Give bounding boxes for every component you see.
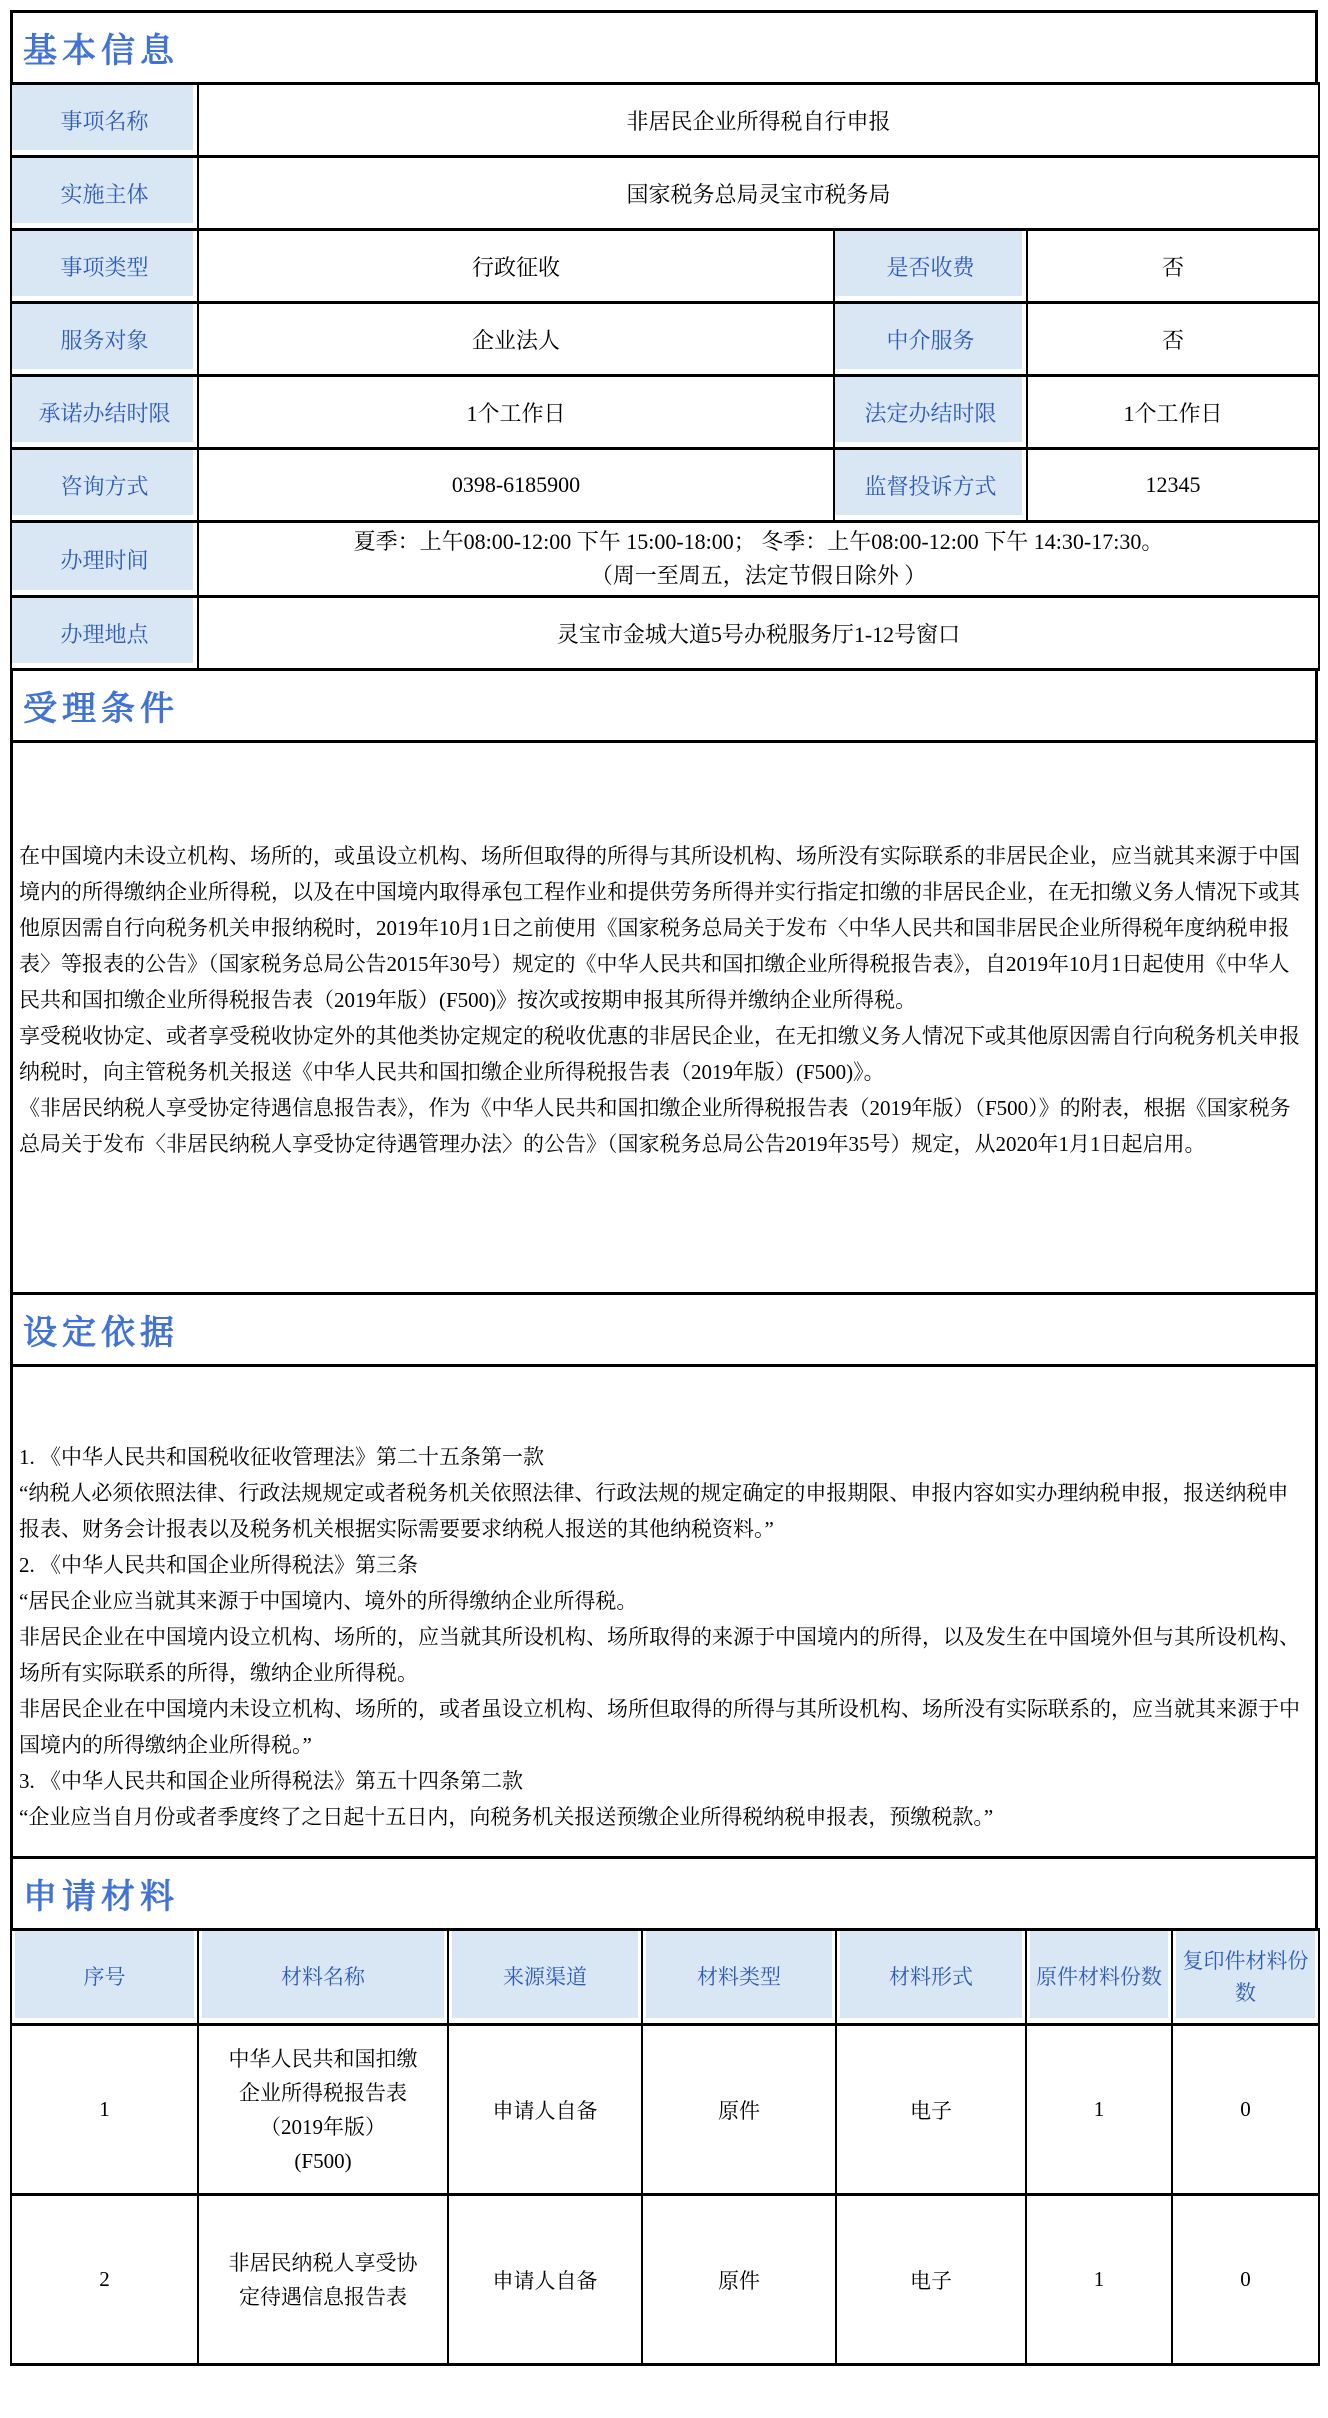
table-row: 实施主体 国家税务总局灵宝市税务局: [11, 157, 1319, 230]
application-materials-table: 序号 材料名称 来源渠道 材料类型 材料形式 原件材料份数 复印件材料份数 1 …: [10, 1928, 1320, 2366]
material-row: 2 非居民纳税人享受协 定待遇信息报告表 申请人自备 原件 电子 1 0: [11, 2195, 1319, 2365]
basis-line: 2. 《中华人民共和国企业所得税法》第三条: [19, 1547, 1309, 1583]
legal-basis-content: 1. 《中华人民共和国税收征收管理法》第二十五条第一款 “纳税人必须依照法律、行…: [10, 1364, 1318, 1859]
table-row: 承诺办结时限 1个工作日 法定办结时限 1个工作日: [11, 376, 1319, 449]
material-form: 电子: [836, 2195, 1026, 2365]
material-form: 电子: [836, 2025, 1026, 2195]
basis-line: “企业应当自月份或者季度终了之日起十五日内，向税务机关报送预缴企业所得税纳税申报…: [19, 1799, 1309, 1835]
service-item-page: 基本信息 事项名称 非居民企业所得税自行申报 实施主体 国家税务总局灵宝市税务局…: [0, 0, 1328, 2374]
label-statutory-time-limit: 法定办结时限: [834, 376, 1027, 449]
materials-header-row: 序号 材料名称 来源渠道 材料类型 材料形式 原件材料份数 复印件材料份数: [11, 1930, 1319, 2025]
basis-line: 非居民企业在中国境内设立机构、场所的，应当就其所设机构、场所取得的来源于中国境内…: [19, 1619, 1309, 1691]
basis-line: 1. 《中华人民共和国税收征收管理法》第二十五条第一款: [19, 1439, 1309, 1475]
acceptance-paragraph: 在中国境内未设立机构、场所的，或虽设立机构、场所但取得的所得与其所设机构、场所没…: [19, 838, 1309, 1018]
value-service-target: 企业法人: [198, 303, 834, 376]
col-photocopy-copies: 复印件材料份数: [1172, 1930, 1319, 2025]
basis-line: 3. 《中华人民共和国企业所得税法》第五十四条第二款: [19, 1763, 1309, 1799]
material-source: 申请人自备: [448, 2195, 642, 2365]
value-intermediary-service: 否: [1027, 303, 1319, 376]
acceptance-paragraph: 享受税收协定、或者享受税收协定外的其他类协定规定的税收优惠的非居民企业，在无扣缴…: [19, 1018, 1309, 1090]
material-type: 原件: [642, 2195, 836, 2365]
value-fee-required: 否: [1027, 230, 1319, 303]
material-name: 中华人民共和国扣缴 企业所得税报告表 （2019年版） (F500): [198, 2025, 448, 2195]
material-original-count: 1: [1026, 2195, 1172, 2365]
label-item-name: 事项名称: [11, 84, 198, 157]
col-original-copies: 原件材料份数: [1026, 1930, 1172, 2025]
col-source-channel: 来源渠道: [448, 1930, 642, 2025]
material-copy-count: 0: [1172, 2025, 1319, 2195]
material-row: 1 中华人民共和国扣缴 企业所得税报告表 （2019年版） (F500) 申请人…: [11, 2025, 1319, 2195]
material-source: 申请人自备: [448, 2025, 642, 2195]
value-implementing-agency: 国家税务总局灵宝市税务局: [198, 157, 1319, 230]
value-statutory-time-limit: 1个工作日: [1027, 376, 1319, 449]
basis-line: “纳税人必须依照法律、行政法规规定或者税务机关依照法律、行政法规的规定确定的申报…: [19, 1475, 1309, 1547]
label-consultation-phone: 咨询方式: [11, 449, 198, 522]
value-promised-time-limit: 1个工作日: [198, 376, 834, 449]
label-office-location: 办理地点: [11, 597, 198, 670]
section-title-acceptance-conditions-label: 受理条件: [23, 681, 179, 730]
basis-line: “居民企业应当就其来源于中国境内、境外的所得缴纳企业所得税。: [19, 1583, 1309, 1619]
section-title-legal-basis-label: 设定依据: [23, 1305, 179, 1354]
table-row: 事项名称 非居民企业所得税自行申报: [11, 84, 1319, 157]
basic-info-table: 事项名称 非居民企业所得税自行申报 实施主体 国家税务总局灵宝市税务局 事项类型…: [10, 82, 1320, 671]
label-complaint-phone: 监督投诉方式: [834, 449, 1027, 522]
table-row: 咨询方式 0398-6185900 监督投诉方式 12345: [11, 449, 1319, 522]
basis-line: 非居民企业在中国境内未设立机构、场所的，或者虽设立机构、场所但取得的所得与其所设…: [19, 1691, 1309, 1763]
table-row: 服务对象 企业法人 中介服务 否: [11, 303, 1319, 376]
label-intermediary-service: 中介服务: [834, 303, 1027, 376]
table-row: 办理时间 夏季：上午08:00-12:00 下午 15:00-18:00； 冬季…: [11, 522, 1319, 597]
label-service-target: 服务对象: [11, 303, 198, 376]
table-row: 事项类型 行政征收 是否收费 否: [11, 230, 1319, 303]
section-title-basic-info: 基本信息: [10, 10, 1318, 85]
col-index: 序号: [11, 1930, 198, 2025]
value-item-type: 行政征收: [198, 230, 834, 303]
col-material-type: 材料类型: [642, 1930, 836, 2025]
col-material-form: 材料形式: [836, 1930, 1026, 2025]
acceptance-paragraph: 《非居民纳税人享受协定待遇信息报告表》，作为《中华人民共和国扣缴企业所得税报告表…: [19, 1090, 1309, 1162]
acceptance-conditions-content: 在中国境内未设立机构、场所的，或虽设立机构、场所但取得的所得与其所设机构、场所没…: [10, 740, 1318, 1295]
value-item-name: 非居民企业所得税自行申报: [198, 84, 1319, 157]
material-index: 1: [11, 2025, 198, 2195]
material-original-count: 1: [1026, 2025, 1172, 2195]
label-fee-required: 是否收费: [834, 230, 1027, 303]
value-complaint-phone: 12345: [1027, 449, 1319, 522]
material-index: 2: [11, 2195, 198, 2365]
value-consultation-phone: 0398-6185900: [198, 449, 834, 522]
section-title-basic-info-label: 基本信息: [23, 23, 179, 72]
material-copy-count: 0: [1172, 2195, 1319, 2365]
label-promised-time-limit: 承诺办结时限: [11, 376, 198, 449]
label-implementing-agency: 实施主体: [11, 157, 198, 230]
material-name: 非居民纳税人享受协 定待遇信息报告表: [198, 2195, 448, 2365]
section-title-acceptance-conditions: 受理条件: [10, 668, 1318, 743]
section-title-legal-basis: 设定依据: [10, 1292, 1318, 1367]
material-type: 原件: [642, 2025, 836, 2195]
section-title-application-materials-label: 申请材料: [23, 1869, 179, 1918]
value-office-location: 灵宝市金城大道5号办税服务厅1-12号窗口: [198, 597, 1319, 670]
value-office-hours: 夏季：上午08:00-12:00 下午 15:00-18:00； 冬季：上午08…: [198, 522, 1319, 597]
section-title-application-materials: 申请材料: [10, 1856, 1318, 1931]
table-row: 办理地点 灵宝市金城大道5号办税服务厅1-12号窗口: [11, 597, 1319, 670]
label-item-type: 事项类型: [11, 230, 198, 303]
col-material-name: 材料名称: [198, 1930, 448, 2025]
label-office-hours: 办理时间: [11, 522, 198, 597]
